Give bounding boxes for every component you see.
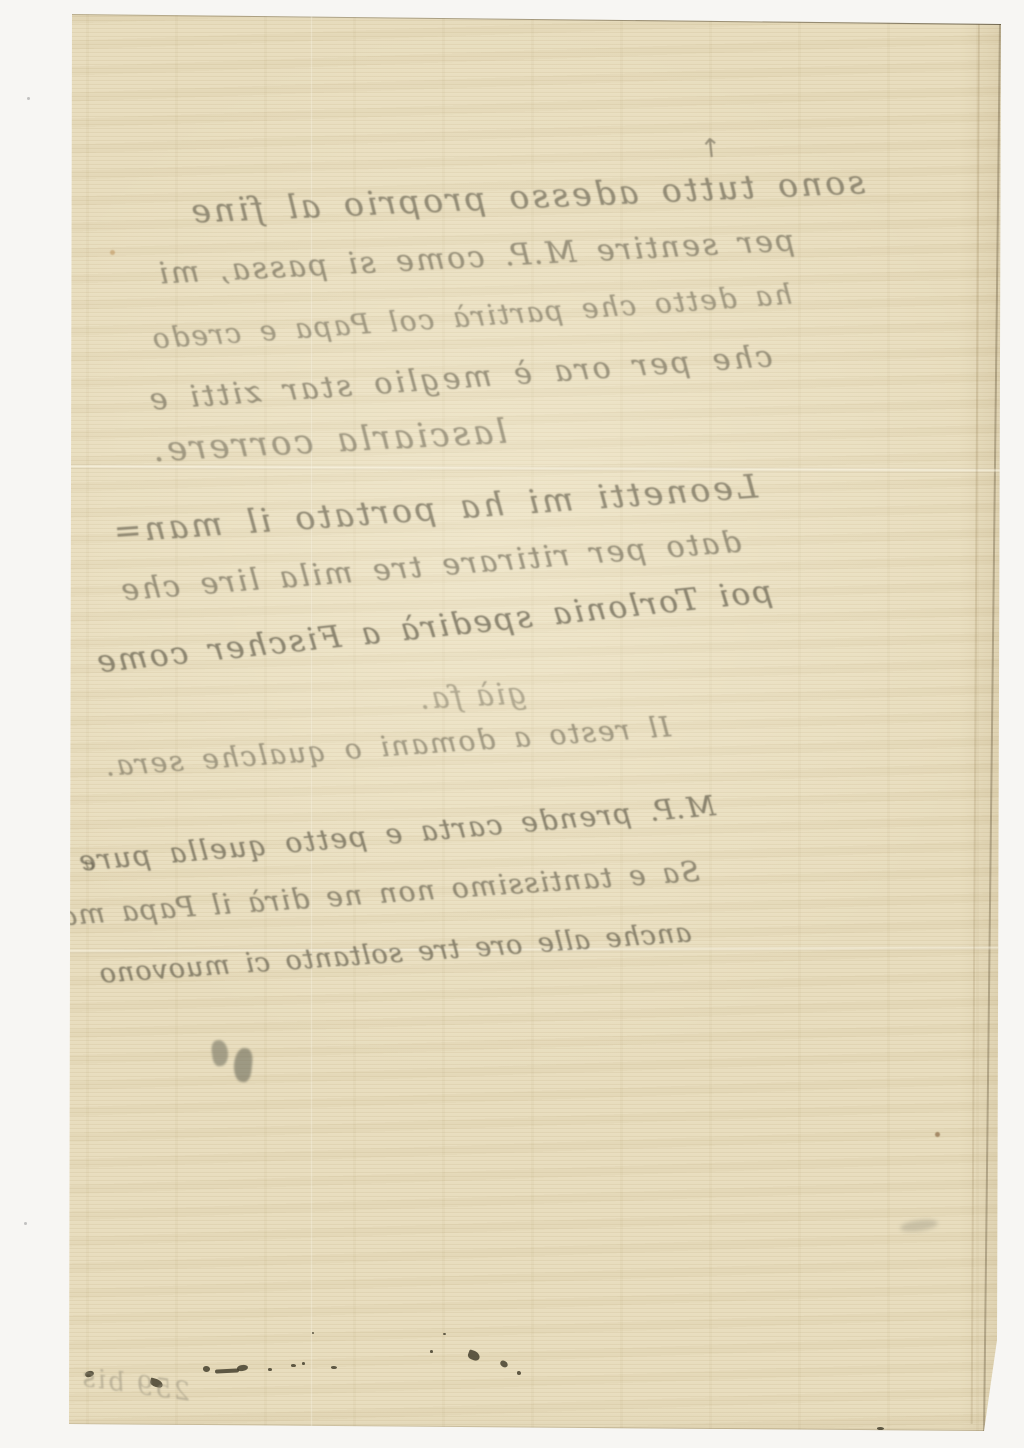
caret-arrow-mark: ↑ [699,135,723,163]
handwriting-line: che per ora è meglio star zitti e [146,342,774,416]
paper-smudge [899,1217,938,1233]
paper-bottom-edge-shadow [69,1423,985,1432]
margin-dot [24,1222,27,1225]
fold-crease-vertical [310,14,313,1426]
handwriting-line: lasciarla correre. [149,415,508,468]
margin-dot [27,97,30,100]
ink-speck [467,1349,481,1362]
handwriting-line: Il resto a domani o qualche sera. [103,713,672,781]
scan-background: ↑ sono tutto adesso proprio al fine per … [0,0,1024,1448]
right-edge-seam [971,24,980,1424]
ink-speck [312,1332,314,1334]
superscript-mark: a [83,856,95,874]
paper-top-edge-shadow [72,13,1002,25]
ink-speck [499,1359,509,1368]
handwriting-line: già fa. [417,679,527,715]
ink-speck [268,1368,272,1371]
ink-blot [232,1047,253,1083]
ink-speck [215,1368,239,1373]
ink-speck [237,1364,249,1372]
ink-speck [877,1427,884,1430]
handwriting-line: per sentire M.P. come si passa, mi [156,226,796,289]
paper-right-edge-shadow [983,24,1001,1434]
ink-speck [331,1366,337,1369]
ink-speck [203,1366,210,1372]
ink-blot [210,1039,229,1067]
ink-speck [302,1362,305,1365]
foxing-dot [110,250,115,255]
handwriting-line: anche alle ore tre soltanto ci muovono [98,919,692,987]
ink-speck [517,1371,521,1375]
ink-speck [291,1364,296,1367]
foxing-dot [935,1132,940,1137]
handwriting-line: ha detto che partirà col Papa e credo [150,281,793,354]
pencil-catalog-number: 259 bis [79,1364,192,1405]
ink-speck [430,1350,433,1353]
ink-speck [443,1333,446,1335]
handwriting-line: sono tutto adesso proprio al fine [188,165,866,228]
letter-paper: ↑ sono tutto adesso proprio al fine per … [0,0,1024,1448]
